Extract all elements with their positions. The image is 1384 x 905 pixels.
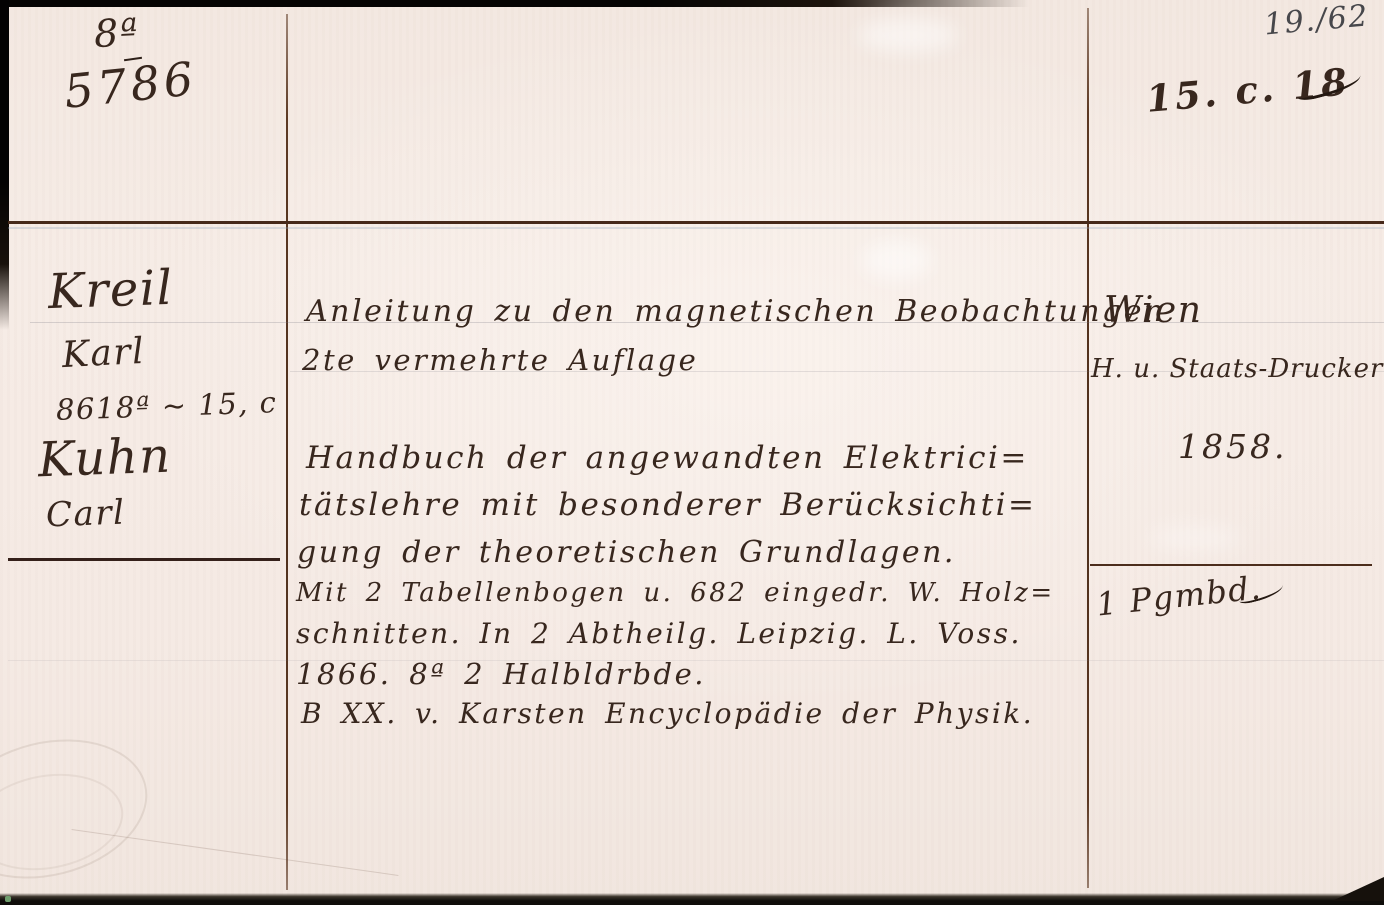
author-forename-carl: Carl bbox=[45, 496, 126, 533]
scan-edge-left bbox=[0, 0, 9, 330]
horizontal-rule-shadow bbox=[8, 227, 1384, 229]
shelfmark-note: 8618ª ~ 15, c bbox=[56, 388, 278, 425]
scan-speck bbox=[5, 896, 11, 902]
title-entry2-line5: schnitten. In 2 Abtheilg. Leipzig. L. Vo… bbox=[296, 620, 1022, 648]
paper-crease bbox=[72, 829, 399, 876]
horizontal-rule-header bbox=[8, 221, 1384, 224]
title-entry2-line7: B XX. v. Karsten Encyclopädie der Physik… bbox=[301, 700, 1034, 728]
title-entry1-line1: Anleitung zu den magnetischen Beobachtun… bbox=[306, 297, 1166, 327]
paper-light-spot bbox=[1150, 525, 1240, 551]
vertical-rule-left bbox=[286, 14, 288, 890]
title-entry2-line3: gung der theoretischen Grundlagen. bbox=[297, 538, 956, 568]
scan-corner-bottom-right bbox=[1332, 877, 1384, 901]
paper-light-spot bbox=[862, 240, 932, 280]
title-entry1-line2: 2te vermehrte Auflage bbox=[302, 346, 698, 375]
record-number: 5786 bbox=[62, 55, 199, 115]
horizontal-rule-right-column bbox=[1090, 564, 1372, 566]
imprint-printer: H. u. Staats-Druckerei. bbox=[1091, 356, 1384, 382]
vertical-rule-right bbox=[1087, 8, 1089, 888]
scan-edge-top bbox=[0, 0, 1040, 7]
scan-edge-bottom bbox=[0, 893, 1384, 905]
format-mark: 8ª bbox=[93, 13, 140, 53]
title-entry2-line4: Mit 2 Tabellenbogen u. 682 eingedr. W. H… bbox=[296, 580, 1055, 606]
title-entry2-line2: tätslehre mit besonderer Berücksichti= bbox=[299, 490, 1036, 521]
horizontal-rule-left-column bbox=[8, 558, 280, 561]
author-forename-karl: Karl bbox=[61, 334, 146, 374]
catalog-card: 8ª 5786 19./62 15. c. 18 Kreil Karl 8618… bbox=[0, 0, 1384, 905]
paper-light-spot bbox=[858, 18, 958, 52]
author-surname-kuhn: Kuhn bbox=[37, 432, 172, 485]
title-entry2-line1: Handbuch der angewandten Elektrici= bbox=[306, 443, 1029, 474]
pencil-note: 19./62 bbox=[1263, 1, 1370, 40]
author-surname-kreil: Kreil bbox=[47, 264, 174, 316]
imprint-place: Wien bbox=[1104, 293, 1202, 329]
title-entry2-line6: 1866. 8ª 2 Halbldrbde. bbox=[296, 660, 706, 689]
imprint-year: 1858. bbox=[1178, 430, 1287, 463]
